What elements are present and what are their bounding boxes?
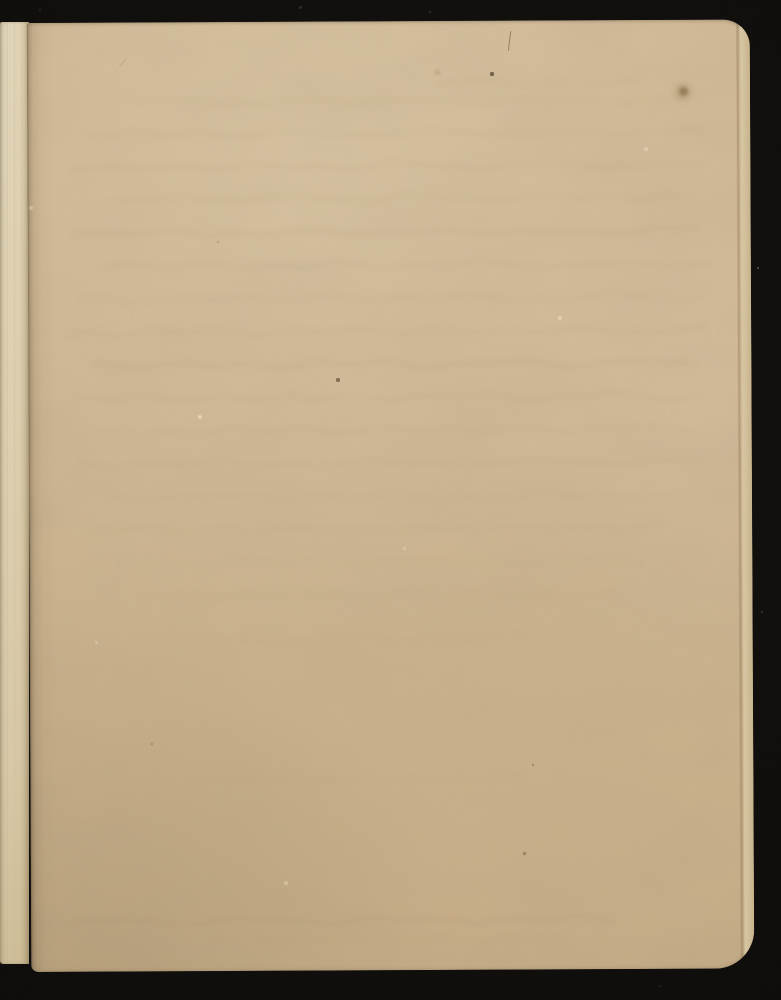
book-scan-photo <box>0 0 781 1000</box>
bleedthrough-line <box>99 260 709 270</box>
paper-speck <box>659 985 662 988</box>
page-thickness-edge <box>736 19 755 968</box>
bleedthrough-layer <box>27 19 755 972</box>
binding-gutter-shadow <box>27 23 60 972</box>
bleedthrough-line <box>109 193 689 204</box>
bleedthrough-line <box>69 325 704 337</box>
bleedthrough-line <box>68 916 614 927</box>
paper-speck <box>39 9 42 12</box>
bleedthrough-line <box>438 79 638 85</box>
paper-grain-texture <box>27 19 755 972</box>
bleedthrough-line <box>212 936 567 943</box>
bleedthrough-line <box>68 161 703 171</box>
adjacent-page-edge <box>0 22 29 964</box>
paper-speck <box>757 267 759 269</box>
bleedthrough-line <box>94 360 694 370</box>
bleedthrough-line <box>90 525 660 534</box>
bleedthrough-line <box>75 393 700 403</box>
paper-speck <box>429 11 431 13</box>
bleedthrough-line <box>120 558 640 567</box>
paper-speck <box>299 6 302 9</box>
bleedthrough-line <box>140 591 620 599</box>
bleedthrough-line <box>171 634 561 641</box>
bleedthrough-line <box>88 128 698 138</box>
notebook-page <box>27 19 755 972</box>
bleedthrough-line <box>79 292 699 302</box>
bleedthrough-line <box>100 425 690 435</box>
paper-speck <box>761 611 763 613</box>
bleedthrough-line <box>74 227 699 237</box>
bleedthrough-line <box>138 97 678 106</box>
bleedthrough-line <box>110 491 680 502</box>
bleedthrough-line <box>80 458 700 468</box>
bleedthrough-line <box>201 776 521 781</box>
